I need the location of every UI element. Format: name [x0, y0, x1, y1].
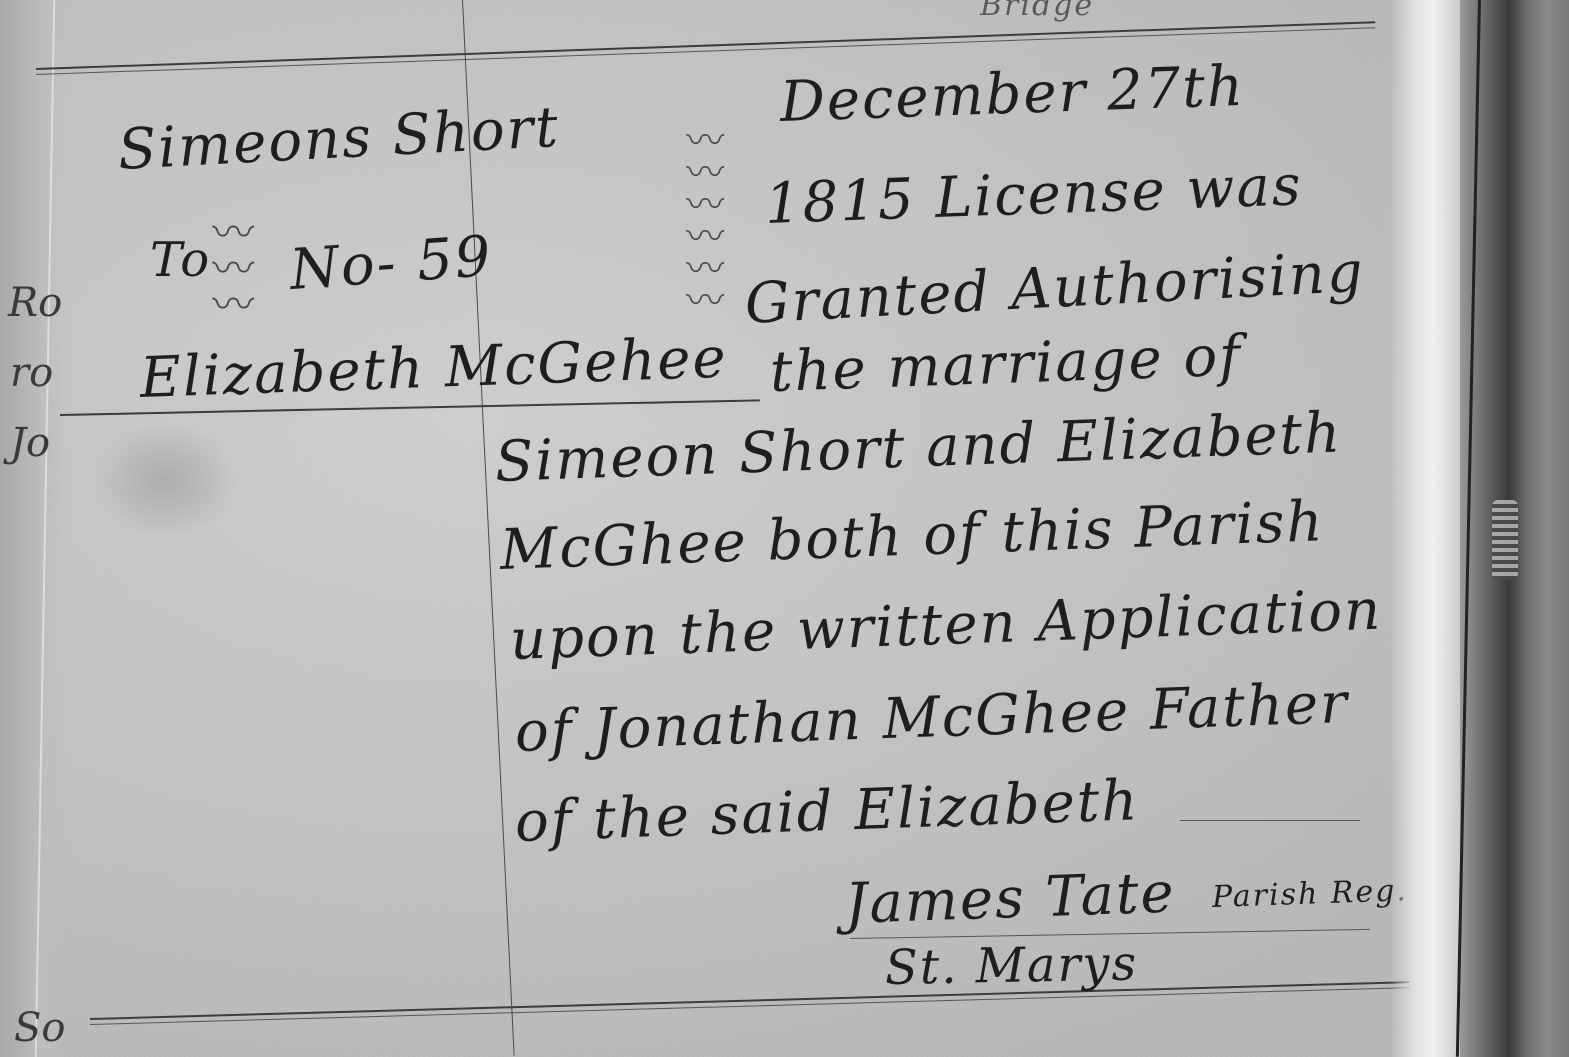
- bride-name: Elizabeth McGehee: [139, 326, 729, 411]
- to-label: To: [150, 232, 211, 288]
- binding-stitch: [1492, 500, 1518, 580]
- signature-place: St. Marys: [885, 936, 1139, 996]
- groom-name: Simeons Short: [116, 95, 561, 183]
- document-page: Bridge Simeons Short To 〰〰〰 No- 59 Eliza…: [0, 0, 1569, 1057]
- entry-line-8: of Jonathan McGhee Father: [514, 671, 1350, 765]
- margin-mark-1: Ro: [8, 280, 62, 326]
- entry-line-9: of the said Elizabeth: [514, 768, 1140, 855]
- entry-number: No- 59: [288, 224, 495, 303]
- closing-dash: [1180, 820, 1360, 821]
- entry-line-4: the marriage of: [769, 324, 1243, 405]
- entry-line-7: upon the written Application: [509, 578, 1383, 673]
- signature-name: James Tate: [844, 860, 1177, 937]
- entry-line-2: 1815 License was: [764, 153, 1304, 237]
- torn-left-edge: [0, 0, 70, 1057]
- entry-line-6: McGhee both of this Parish: [499, 489, 1326, 583]
- column-flourish: 〰〰〰〰〰〰: [690, 120, 713, 360]
- entry-line-5: Simeon Short and Elizabeth: [494, 400, 1343, 495]
- flourish-mark: 〰〰〰: [218, 210, 243, 320]
- entry-line-3: Granted Authorising: [743, 240, 1366, 337]
- page-gutter-highlight: [1390, 0, 1470, 1057]
- bottom-rule-line: [90, 981, 1410, 1020]
- bottom-rule-line-2: [90, 987, 1410, 1025]
- entry-line-1: December 27th: [779, 54, 1246, 135]
- water-stain: [90, 420, 240, 540]
- margin-mark-3: Jo: [10, 420, 50, 466]
- margin-mark-2: ro: [10, 350, 53, 396]
- signature-title: Parish Reg.: [1211, 873, 1408, 915]
- top-fragment-text: Bridge: [980, 0, 1094, 23]
- margin-mark-4: So: [14, 1005, 65, 1051]
